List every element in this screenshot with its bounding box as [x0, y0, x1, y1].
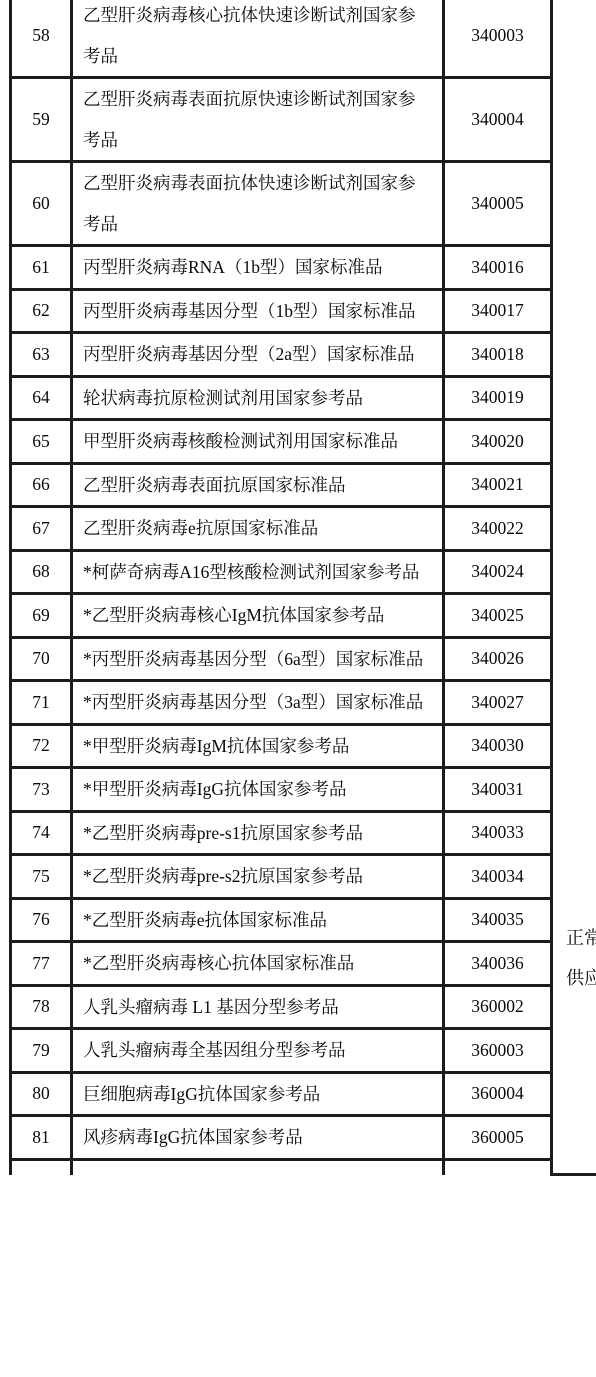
serial-number-cell: 75	[11, 855, 72, 899]
item-name-cell: 乙型肝炎病毒表面抗体快速诊断试剂国家参考品	[72, 162, 444, 246]
document-page: 58 乙型肝炎病毒核心抗体快速诊断试剂国家参考品 340003 正常 供应 59…	[0, 0, 596, 1377]
table-row: 66 乙型肝炎病毒表面抗原国家标准品 340021	[11, 463, 596, 507]
catalog-number-cell: 340036	[444, 942, 552, 986]
serial-number-cell: 72	[11, 724, 72, 768]
reference-materials-table: 58 乙型肝炎病毒核心抗体快速诊断试剂国家参考品 340003 正常 供应 59…	[9, 0, 596, 1176]
serial-number-cell: 61	[11, 246, 72, 290]
table-row: 70 *丙型肝炎病毒基因分型（6a型）国家标准品 340026	[11, 637, 596, 681]
item-name-cell: 巨细胞病毒IgG抗体国家参考品	[72, 1072, 444, 1116]
catalog-number-cell: 340033	[444, 811, 552, 855]
table-row: 58 乙型肝炎病毒核心抗体快速诊断试剂国家参考品 340003 正常 供应	[11, 0, 596, 78]
catalog-number-cell: 340004	[444, 78, 552, 162]
catalog-number-cell: 340005	[444, 162, 552, 246]
item-name-cell: *柯萨奇病毒A16型核酸检测试剂国家参考品	[72, 550, 444, 594]
catalog-number-cell: 340026	[444, 637, 552, 681]
item-name-cell: *甲型肝炎病毒IgM抗体国家参考品	[72, 724, 444, 768]
serial-number-cell: 79	[11, 1029, 72, 1073]
catalog-number-cell: 340022	[444, 507, 552, 551]
catalog-number-cell: 340034	[444, 855, 552, 899]
serial-number-cell: 65	[11, 420, 72, 464]
table-row: 65 甲型肝炎病毒核酸检测试剂用国家标准品 340020	[11, 420, 596, 464]
table-row: 80 巨细胞病毒IgG抗体国家参考品 360004	[11, 1072, 596, 1116]
supply-status-line2: 供应	[553, 958, 596, 998]
item-name-cell: 乙型肝炎病毒表面抗原快速诊断试剂国家参考品	[72, 78, 444, 162]
table-container: 58 乙型肝炎病毒核心抗体快速诊断试剂国家参考品 340003 正常 供应 59…	[9, 0, 596, 1176]
item-name-cell: 丙型肝炎病毒基因分型（1b型）国家标准品	[72, 289, 444, 333]
serial-number-cell: 68	[11, 550, 72, 594]
serial-number-cell: 60	[11, 162, 72, 246]
serial-number-cell: 67	[11, 507, 72, 551]
table-row: 76 *乙型肝炎病毒e抗体国家标准品 340035	[11, 898, 596, 942]
table-row: 77 *乙型肝炎病毒核心抗体国家标准品 340036	[11, 942, 596, 986]
serial-number-cell: 64	[11, 376, 72, 420]
item-name-cell: *乙型肝炎病毒核心IgM抗体国家参考品	[72, 594, 444, 638]
table-row: 74 *乙型肝炎病毒pre-s1抗原国家参考品 340033	[11, 811, 596, 855]
supply-status-line1: 正常	[553, 918, 596, 958]
catalog-number-cell: 340017	[444, 289, 552, 333]
table-row: 69 *乙型肝炎病毒核心IgM抗体国家参考品 340025	[11, 594, 596, 638]
catalog-number-cell: 340024	[444, 550, 552, 594]
serial-number-cell: 70	[11, 637, 72, 681]
item-name-cell: 人乳头瘤病毒 L1 基因分型参考品	[72, 985, 444, 1029]
catalog-number-cell: 340021	[444, 463, 552, 507]
serial-number-cell: 77	[11, 942, 72, 986]
catalog-number-cell: 340020	[444, 420, 552, 464]
serial-number-cell: 73	[11, 768, 72, 812]
item-name-cell: 乙型肝炎病毒表面抗原国家标准品	[72, 463, 444, 507]
table-row: 71 *丙型肝炎病毒基因分型（3a型）国家标准品 340027	[11, 681, 596, 725]
catalog-number-cell: 340003	[444, 0, 552, 78]
catalog-number-cell: 360005	[444, 1116, 552, 1160]
table-row: 61 丙型肝炎病毒RNA（1b型）国家标准品 340016	[11, 246, 596, 290]
item-name-cell: 人乳头瘤病毒全基因组分型参考品	[72, 1029, 444, 1073]
serial-number-cell: 71	[11, 681, 72, 725]
table-row: 67 乙型肝炎病毒e抗原国家标准品 340022	[11, 507, 596, 551]
item-name-cell: 丙型肝炎病毒RNA（1b型）国家标准品	[72, 246, 444, 290]
catalog-number-cell: 340035	[444, 898, 552, 942]
table-row: 81 风疹病毒IgG抗体国家参考品 360005	[11, 1116, 596, 1160]
table-row: 63 丙型肝炎病毒基因分型（2a型）国家标准品 340018	[11, 333, 596, 377]
table-row: 59 乙型肝炎病毒表面抗原快速诊断试剂国家参考品 340004	[11, 78, 596, 162]
serial-number-cell: 81	[11, 1116, 72, 1160]
table-row: 75 *乙型肝炎病毒pre-s2抗原国家参考品 340034	[11, 855, 596, 899]
item-name-cell	[72, 1159, 444, 1175]
serial-number-cell: 66	[11, 463, 72, 507]
table-row: 79 人乳头瘤病毒全基因组分型参考品 360003	[11, 1029, 596, 1073]
serial-number-cell: 69	[11, 594, 72, 638]
table-row-partial	[11, 1159, 596, 1175]
table-row: 73 *甲型肝炎病毒IgG抗体国家参考品 340031	[11, 768, 596, 812]
item-name-cell: *乙型肝炎病毒pre-s1抗原国家参考品	[72, 811, 444, 855]
table-row: 64 轮状病毒抗原检测试剂用国家参考品 340019	[11, 376, 596, 420]
catalog-number-cell: 340018	[444, 333, 552, 377]
serial-number-cell	[11, 1159, 72, 1175]
item-name-cell: 轮状病毒抗原检测试剂用国家参考品	[72, 376, 444, 420]
item-name-cell: 丙型肝炎病毒基因分型（2a型）国家标准品	[72, 333, 444, 377]
table-row: 78 人乳头瘤病毒 L1 基因分型参考品 360002	[11, 985, 596, 1029]
catalog-number-cell: 340031	[444, 768, 552, 812]
item-name-cell: 甲型肝炎病毒核酸检测试剂用国家标准品	[72, 420, 444, 464]
item-name-cell: *丙型肝炎病毒基因分型（6a型）国家标准品	[72, 637, 444, 681]
serial-number-cell: 62	[11, 289, 72, 333]
catalog-number-cell	[444, 1159, 552, 1175]
item-name-cell: 乙型肝炎病毒核心抗体快速诊断试剂国家参考品	[72, 0, 444, 78]
catalog-number-cell: 340019	[444, 376, 552, 420]
catalog-number-cell: 360003	[444, 1029, 552, 1073]
table-row: 72 *甲型肝炎病毒IgM抗体国家参考品 340030	[11, 724, 596, 768]
item-name-cell: *甲型肝炎病毒IgG抗体国家参考品	[72, 768, 444, 812]
table-row: 60 乙型肝炎病毒表面抗体快速诊断试剂国家参考品 340005	[11, 162, 596, 246]
item-name-cell: *乙型肝炎病毒pre-s2抗原国家参考品	[72, 855, 444, 899]
item-name-cell: 乙型肝炎病毒e抗原国家标准品	[72, 507, 444, 551]
supply-status-cell: 正常 供应	[552, 0, 596, 1175]
serial-number-cell: 74	[11, 811, 72, 855]
serial-number-cell: 78	[11, 985, 72, 1029]
item-name-cell: *乙型肝炎病毒e抗体国家标准品	[72, 898, 444, 942]
catalog-number-cell: 340027	[444, 681, 552, 725]
catalog-number-cell: 340030	[444, 724, 552, 768]
serial-number-cell: 59	[11, 78, 72, 162]
table-row: 62 丙型肝炎病毒基因分型（1b型）国家标准品 340017	[11, 289, 596, 333]
catalog-number-cell: 360004	[444, 1072, 552, 1116]
serial-number-cell: 76	[11, 898, 72, 942]
serial-number-cell: 63	[11, 333, 72, 377]
item-name-cell: *丙型肝炎病毒基因分型（3a型）国家标准品	[72, 681, 444, 725]
table-row: 68 *柯萨奇病毒A16型核酸检测试剂国家参考品 340024	[11, 550, 596, 594]
item-name-cell: 风疹病毒IgG抗体国家参考品	[72, 1116, 444, 1160]
catalog-number-cell: 340016	[444, 246, 552, 290]
serial-number-cell: 58	[11, 0, 72, 78]
item-name-cell: *乙型肝炎病毒核心抗体国家标准品	[72, 942, 444, 986]
catalog-number-cell: 340025	[444, 594, 552, 638]
catalog-number-cell: 360002	[444, 985, 552, 1029]
serial-number-cell: 80	[11, 1072, 72, 1116]
